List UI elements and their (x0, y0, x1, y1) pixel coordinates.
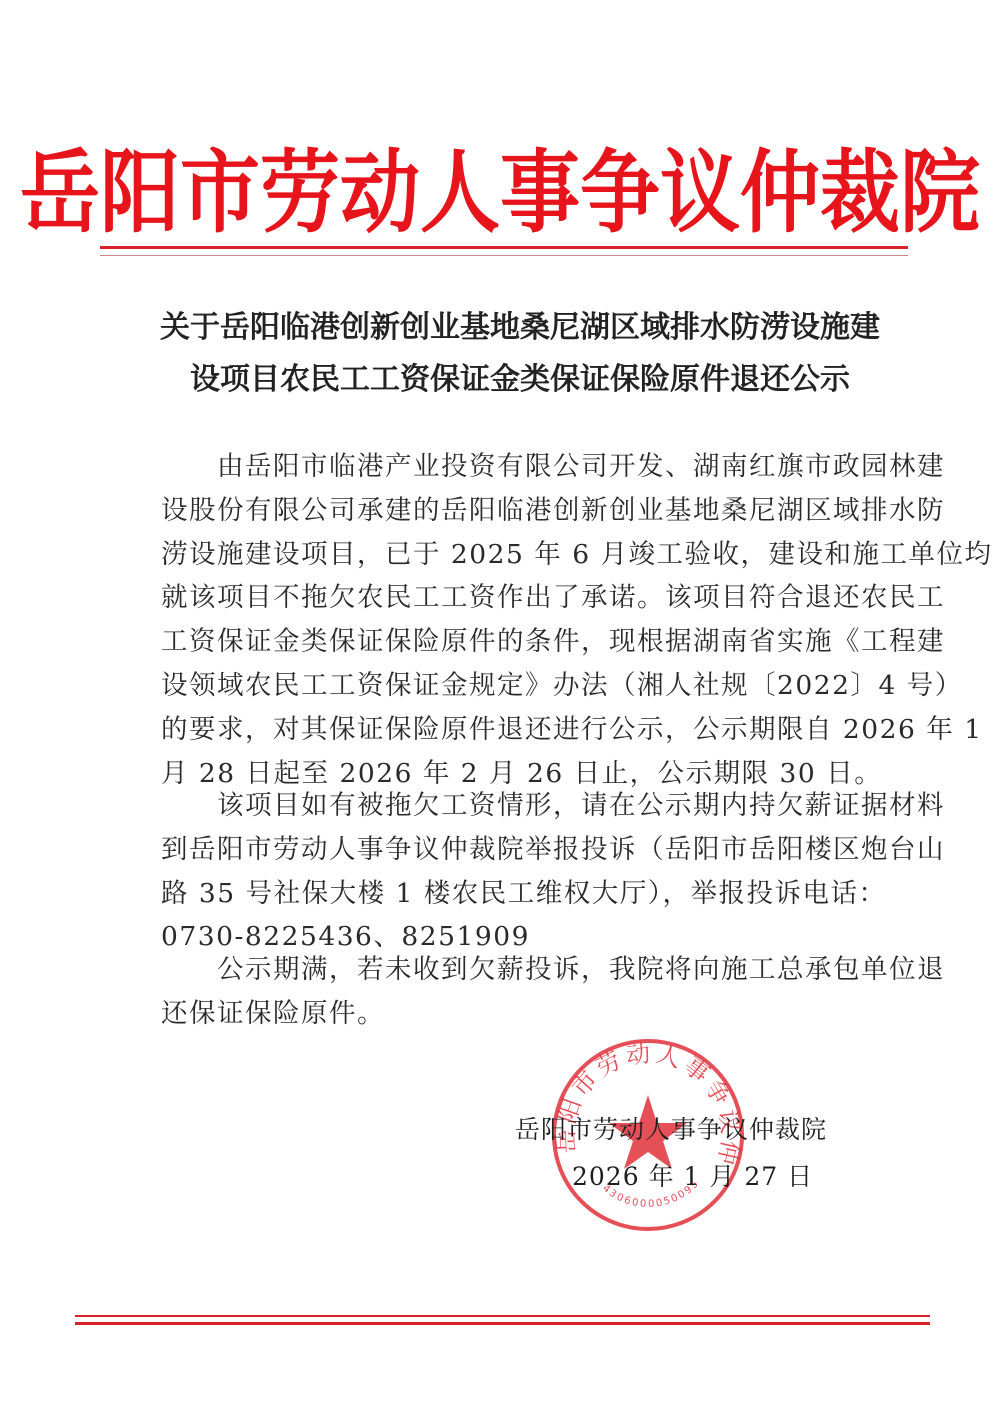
paragraph-line: 设领域农民工工资保证金规定》办法（湘人社规〔2022〕4 号） (161, 664, 905, 708)
issue-date: 2026 年 1 月 27 日 (572, 1160, 832, 1194)
paragraph-line: 工资保证金类保证保险原件的条件，现根据湖南省实施《工程建 (161, 620, 905, 664)
paragraph-3: 公示期满，若未收到欠薪投诉，我院将向施工总承包单位退 还保证保险原件。 (161, 948, 905, 1036)
issuer-signature: 岳阳市劳动人事争议仲裁院 (515, 1113, 855, 1147)
paragraph-2: 该项目如有被拖欠工资情形，请在公示期内持欠薪证据材料 到岳阳市劳动人事争议仲裁院… (161, 784, 905, 959)
footer-rule-thick (75, 1322, 930, 1325)
paragraph-line: 该项目如有被拖欠工资情形，请在公示期内持欠薪证据材料 (161, 784, 905, 828)
masthead-rule-thick (100, 246, 908, 249)
paragraph-1: 由岳阳市临港产业投资有限公司开发、湖南红旗市政园林建 设股份有限公司承建的岳阳临… (161, 445, 905, 795)
paragraph-line: 路 35 号社保大楼 1 楼农民工维权大厅），举报投诉电话： (161, 872, 905, 916)
document-title-line-2: 设项目农民工工资保证金类保证保险原件退还公示 (150, 360, 890, 400)
document-title-line-1: 关于岳阳临港创新创业基地桑尼湖区域排水防涝设施建 (150, 308, 890, 348)
paragraph-line: 到岳阳市劳动人事争议仲裁院举报投诉（岳阳市岳阳楼区炮台山 (161, 828, 905, 872)
footer-rule-thin (75, 1315, 930, 1317)
masthead-title: 岳阳市劳动人事争议仲裁院 (0, 136, 1000, 248)
paragraph-line: 设股份有限公司承建的岳阳临港创新创业基地桑尼湖区域排水防 (161, 489, 905, 533)
masthead-rule-thin (100, 255, 908, 256)
paragraph-line: 就该项目不拖欠农民工工资作出了承诺。该项目符合退还农民工 (161, 576, 905, 620)
paragraph-line: 由岳阳市临港产业投资有限公司开发、湖南红旗市政园林建 (161, 445, 905, 489)
paragraph-line: 还保证保险原件。 (161, 992, 905, 1036)
paragraph-line: 公示期满，若未收到欠薪投诉，我院将向施工总承包单位退 (161, 948, 905, 992)
paragraph-line: 涝设施建设项目，已于 2025 年 6 月竣工验收，建设和施工单位均 (161, 533, 905, 577)
paragraph-line: 的要求，对其保证保险原件退还进行公示，公示期限自 2026 年 1 (161, 708, 905, 752)
